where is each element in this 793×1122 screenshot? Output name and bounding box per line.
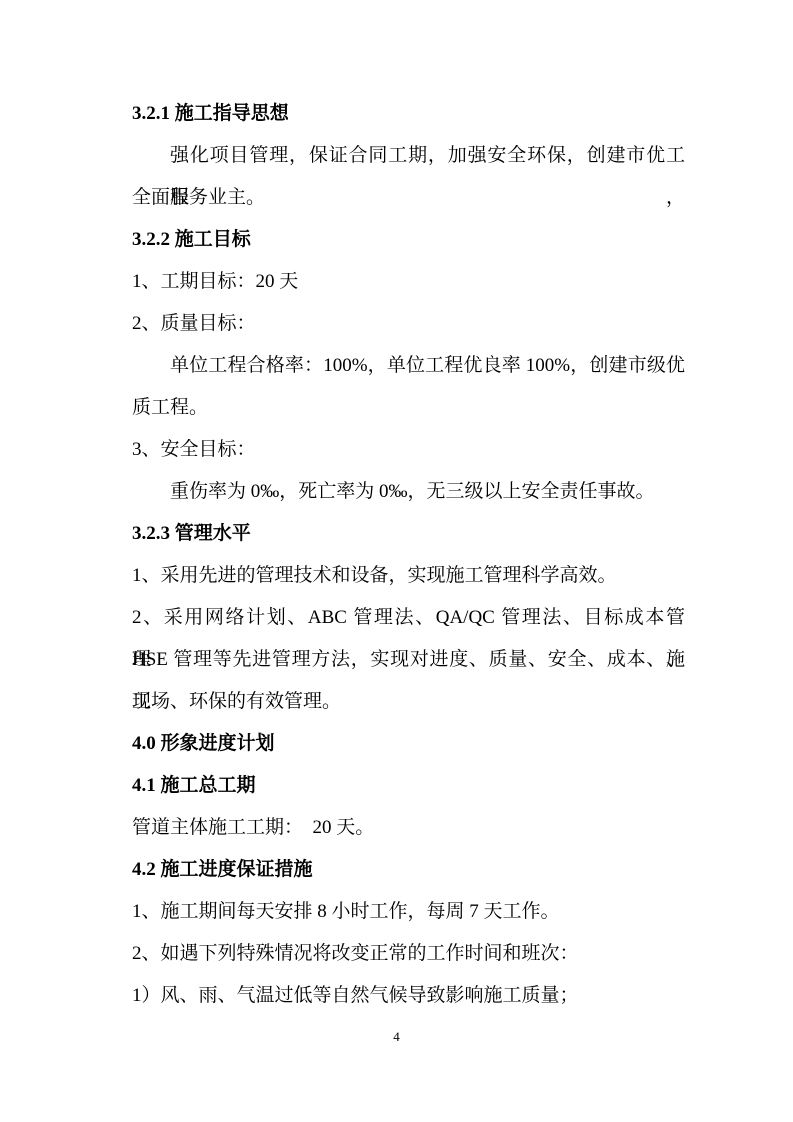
text-line: 单位工程合格率：100%，单位工程优良率 100%，创建市级优	[132, 345, 685, 387]
text-line: 1、工期目标：20 天	[132, 261, 685, 303]
section-heading: 3.2.1 施工指导思想	[132, 93, 685, 135]
section-heading: 4.2 施工进度保证措施	[132, 849, 685, 891]
text-line: 现场、环保的有效管理。	[132, 681, 685, 723]
text-line: HSE 管理等先进管理方法，实现对进度、质量、安全、成本、施工	[132, 639, 685, 681]
text-line: 2、质量目标：	[132, 303, 685, 345]
text-line: 2、采用网络计划、ABC 管理法、QA/QC 管理法、目标成本管理、	[132, 597, 685, 639]
text-line: 1、施工期间每天安排 8 小时工作，每周 7 天工作。	[132, 891, 685, 933]
page-number: 4	[0, 1026, 793, 1048]
text-line: 1、采用先进的管理技术和设备，实现施工管理科学高效。	[132, 555, 685, 597]
section-heading: 3.2.2 施工目标	[132, 219, 685, 261]
text-line: 质工程。	[132, 387, 685, 429]
text-line: 管道主体施工工期： 20 天。	[132, 807, 685, 849]
document-body: 3.2.1 施工指导思想强化项目管理，保证合同工期，加强安全环保，创建市优工程，…	[132, 93, 685, 1017]
section-heading: 3.2.3 管理水平	[132, 513, 685, 555]
section-heading: 4.0 形象进度计划	[132, 723, 685, 765]
text-line: 3、安全目标：	[132, 429, 685, 471]
text-line: 强化项目管理，保证合同工期，加强安全环保，创建市优工程，	[132, 135, 685, 177]
text-line: 重伤率为 0‰，死亡率为 0‰，无三级以上安全责任事故。	[132, 471, 685, 513]
text-line: 1）风、雨、气温过低等自然气候导致影响施工质量；	[132, 975, 685, 1017]
text-line: 2、如遇下列特殊情况将改变正常的工作时间和班次：	[132, 933, 685, 975]
section-heading: 4.1 施工总工期	[132, 765, 685, 807]
document-page: 3.2.1 施工指导思想强化项目管理，保证合同工期，加强安全环保，创建市优工程，…	[0, 0, 793, 1122]
